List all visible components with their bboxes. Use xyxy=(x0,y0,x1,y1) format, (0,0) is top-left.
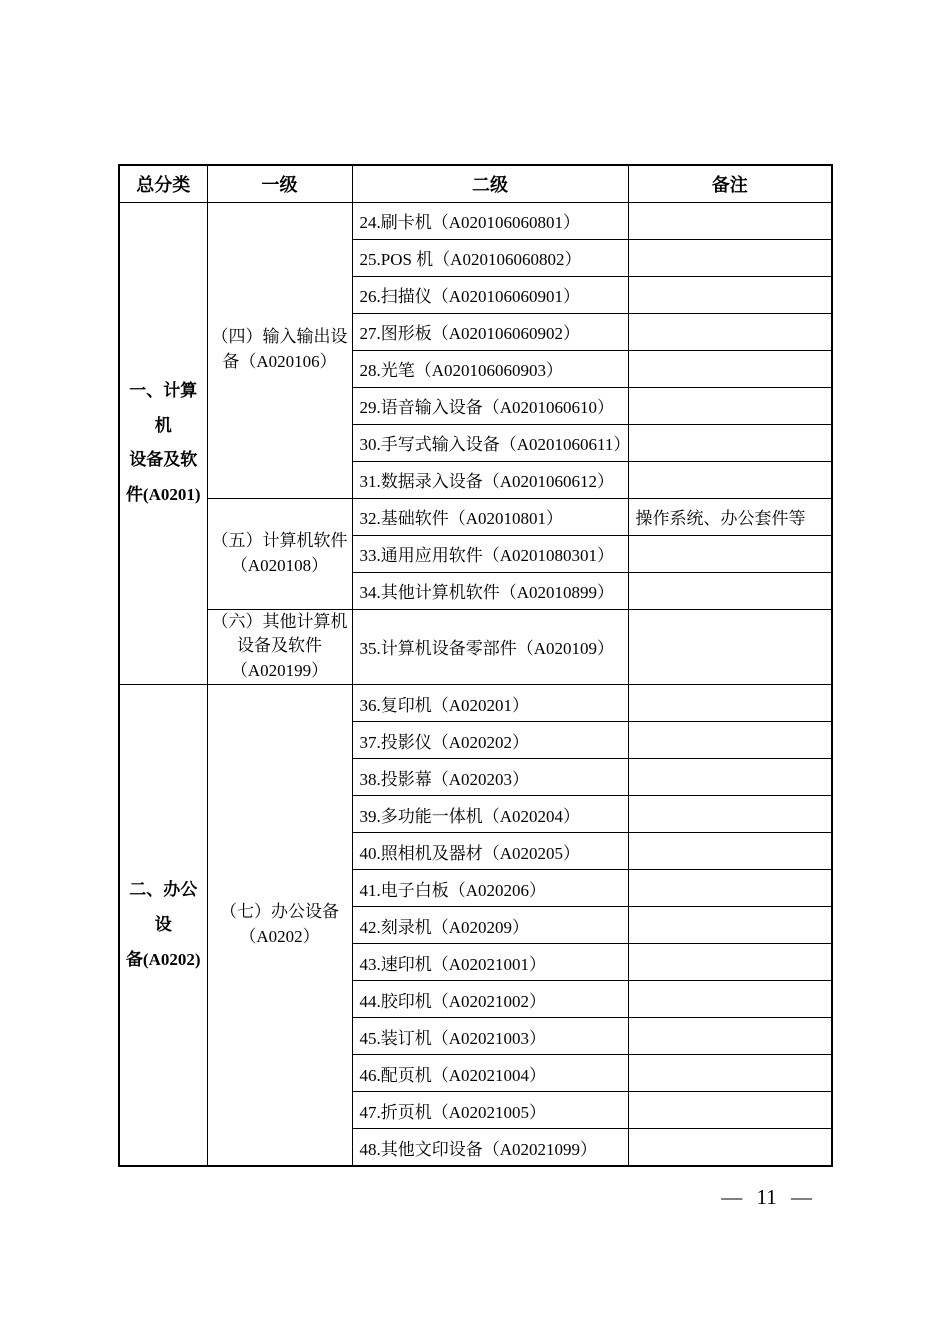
remark-cell xyxy=(628,907,832,944)
remark-cell xyxy=(628,424,832,461)
level2-cell: 32.基础软件（A02010801） xyxy=(352,498,628,535)
level2-cell: 45.装订机（A02021003） xyxy=(352,1018,628,1055)
remark-cell xyxy=(628,722,832,759)
table-row: 二、办公设 备(A0202)（七）办公设备 （A0202）36.复印机（A020… xyxy=(119,685,832,722)
level2-cell: 47.折页机（A02021005） xyxy=(352,1092,628,1129)
level1-cell: （五）计算机软件 （A020108） xyxy=(207,498,352,609)
level1-cell: （四）输入输出设 备（A020106） xyxy=(207,202,352,498)
table-row: 一、计算机 设备及软 件(A0201)（四）输入输出设 备（A020106）24… xyxy=(119,202,832,239)
remark-cell xyxy=(628,1055,832,1092)
level2-cell: 24.刷卡机（A020106060801） xyxy=(352,202,628,239)
remark-cell xyxy=(628,759,832,796)
level2-cell: 44.胶印机（A02021002） xyxy=(352,981,628,1018)
level2-cell: 40.照相机及器材（A020205） xyxy=(352,833,628,870)
group-cell: 一、计算机 设备及软 件(A0201) xyxy=(119,202,207,685)
remark-cell xyxy=(628,609,832,685)
level2-cell: 29.语音输入设备（A0201060610） xyxy=(352,387,628,424)
level2-cell: 36.复印机（A020201） xyxy=(352,685,628,722)
remark-cell xyxy=(628,387,832,424)
level2-cell: 48.其他文印设备（A02021099） xyxy=(352,1129,628,1166)
remark-cell xyxy=(628,1092,832,1129)
level2-cell: 27.图形板（A020106060902） xyxy=(352,313,628,350)
remark-cell xyxy=(628,870,832,907)
header-row: 总分类 一级 二级 备注 xyxy=(119,165,832,202)
remark-cell xyxy=(628,833,832,870)
remark-cell xyxy=(628,313,832,350)
remark-cell xyxy=(628,239,832,276)
classification-table: 总分类 一级 二级 备注 一、计算机 设备及软 件(A0201)（四）输入输出设… xyxy=(118,164,833,1167)
header-level-1: 一级 xyxy=(207,165,352,202)
level1-cell: （六）其他计算机 设备及软件 （A020199） xyxy=(207,609,352,685)
level2-cell: 46.配页机（A02021004） xyxy=(352,1055,628,1092)
remark-cell xyxy=(628,981,832,1018)
level2-cell: 26.扫描仪（A020106060901） xyxy=(352,276,628,313)
remark-cell xyxy=(628,461,832,498)
header-level-2: 二级 xyxy=(352,165,628,202)
remark-cell xyxy=(628,1129,832,1166)
level2-cell: 42.刻录机（A020209） xyxy=(352,907,628,944)
remark-cell xyxy=(628,1018,832,1055)
remark-cell xyxy=(628,350,832,387)
level2-cell: 34.其他计算机软件（A02010899） xyxy=(352,572,628,609)
level2-cell: 25.POS 机（A020106060802） xyxy=(352,239,628,276)
group-cell: 二、办公设 备(A0202) xyxy=(119,685,207,1166)
remark-cell xyxy=(628,796,832,833)
header-remark: 备注 xyxy=(628,165,832,202)
level2-cell: 30.手写式输入设备（A0201060611） xyxy=(352,424,628,461)
level2-cell: 31.数据录入设备（A0201060612） xyxy=(352,461,628,498)
table-row: （五）计算机软件 （A020108）32.基础软件（A02010801）操作系统… xyxy=(119,498,832,535)
level2-cell: 39.多功能一体机（A020204） xyxy=(352,796,628,833)
remark-cell xyxy=(628,944,832,981)
remark-cell xyxy=(628,202,832,239)
page-number: — 11 — xyxy=(0,1185,812,1210)
table-body: 一、计算机 设备及软 件(A0201)（四）输入输出设 备（A020106）24… xyxy=(119,202,832,1166)
level2-cell: 37.投影仪（A020202） xyxy=(352,722,628,759)
level1-cell: （七）办公设备 （A0202） xyxy=(207,685,352,1166)
table-header: 总分类 一级 二级 备注 xyxy=(119,165,832,202)
remark-cell: 操作系统、办公套件等 xyxy=(628,498,832,535)
remark-cell xyxy=(628,535,832,572)
remark-cell xyxy=(628,276,832,313)
remark-cell xyxy=(628,572,832,609)
level2-cell: 41.电子白板（A020206） xyxy=(352,870,628,907)
level2-cell: 43.速印机（A02021001） xyxy=(352,944,628,981)
header-general-category: 总分类 xyxy=(119,165,207,202)
level2-cell: 28.光笔（A020106060903） xyxy=(352,350,628,387)
remark-cell xyxy=(628,685,832,722)
level2-cell: 33.通用应用软件（A0201080301） xyxy=(352,535,628,572)
level2-cell: 35.计算机设备零部件（A020109） xyxy=(352,609,628,685)
table-row: （六）其他计算机 设备及软件 （A020199）35.计算机设备零部件（A020… xyxy=(119,609,832,685)
document-page: 总分类 一级 二级 备注 一、计算机 设备及软 件(A0201)（四）输入输出设… xyxy=(0,0,950,1341)
level2-cell: 38.投影幕（A020203） xyxy=(352,759,628,796)
